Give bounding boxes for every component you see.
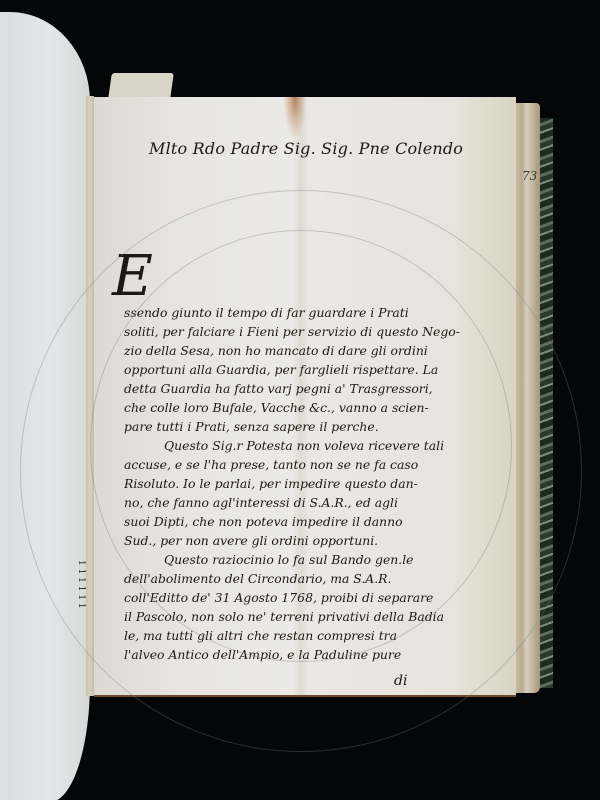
text-line: soliti, per falciare i Fieni per servizi… — [124, 322, 504, 341]
text-line: Questo raziocinio lo fa sul Bando gen.le — [124, 550, 504, 569]
manuscript-photo: 1 1 1 1 1 1 Mlto Rdo Padre Sig. Sig. Pne… — [0, 0, 600, 800]
text-line: che colle loro Bufale, Vacche &c., vanno… — [124, 398, 504, 417]
text-line: pare tutti i Prati, senza sapere il perc… — [124, 417, 504, 436]
text-line: no, che fanno agl'interessi di S.A.R., e… — [124, 493, 504, 512]
fold-stain — [284, 97, 306, 137]
text-line: Risoluto. Io le parlai, per impedire que… — [124, 474, 504, 493]
text-line: suoi Dipti, che non poteva impedire il d… — [124, 512, 504, 531]
right-page: Mlto Rdo Padre Sig. Sig. Pne Colendo 73 … — [94, 97, 516, 695]
text-line: opportuni alla Guardia, per farglieli ri… — [124, 360, 504, 379]
text-line: il Pascolo, non solo ne' terreni privati… — [124, 607, 504, 626]
paper-tab — [108, 73, 174, 99]
decorated-initial: E — [112, 249, 153, 305]
catchword: di — [394, 673, 407, 689]
text-line: coll'Editto de' 31 Agosto 1768, proibi d… — [124, 588, 504, 607]
book-gutter — [86, 96, 94, 696]
text-line: Sud., per non avere gli ordini opportuni… — [124, 531, 504, 550]
text-line: accuse, e se l'ha prese, tanto non se ne… — [124, 455, 504, 474]
text-line: Questo Sig.r Potesta non voleva ricevere… — [124, 436, 504, 455]
left-page — [0, 12, 90, 800]
letter-body: ssendo giunto il tempo di far guardare i… — [124, 303, 504, 664]
text-line: l'alveo Antico dell'Ampio, e la Paduline… — [124, 645, 504, 664]
text-line: le, ma tutti gli altri che restan compre… — [124, 626, 504, 645]
folio-number: 73 — [522, 169, 537, 183]
salutation-heading: Mlto Rdo Padre Sig. Sig. Pne Colendo — [149, 139, 463, 158]
text-line: dell'abolimento del Circondario, ma S.A.… — [124, 569, 504, 588]
text-line: zio della Sesa, non ho mancato di dare g… — [124, 341, 504, 360]
text-line: detta Guardia ha fatto varj pegni a' Tra… — [124, 379, 504, 398]
text-line: ssendo giunto il tempo di far guardare i… — [124, 303, 504, 322]
